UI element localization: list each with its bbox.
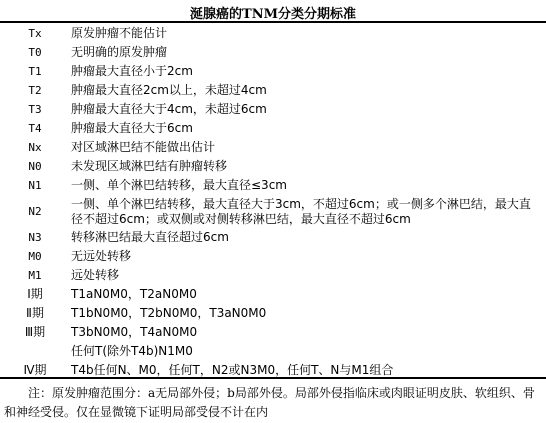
row-code: T0 xyxy=(0,43,70,62)
row-desc: 远处转移 xyxy=(71,266,540,285)
row-desc: 无远处转移 xyxy=(71,247,540,266)
table-title: 涎腺癌的TNM分类分期标准 xyxy=(0,3,546,22)
table-row: T3 肿瘤最大直径大于4cm，未超过6cm xyxy=(0,100,546,119)
row-desc: T3bN0M0，T4aN0M0 xyxy=(71,323,540,342)
table-row: Tx 原发肿瘤不能估计 xyxy=(0,24,546,43)
row-code: Nx xyxy=(0,138,70,157)
row-code: T2 xyxy=(0,81,70,100)
row-desc: 肿瘤最大直径大于6cm xyxy=(71,119,540,138)
table-row: Nx 对区域淋巴结不能做出估计 xyxy=(0,138,546,157)
table-row: N2 一侧、单个淋巴结转移，最大直径大于3cm，不超过6cm；或一侧多个淋巴结，… xyxy=(0,195,546,228)
table-row: M1 远处转移 xyxy=(0,266,546,285)
row-desc: 对区域淋巴结不能做出估计 xyxy=(71,138,540,157)
row-desc: 任何T(除外T4b)N1M0 xyxy=(71,342,540,361)
row-code: N0 xyxy=(0,157,70,176)
top-rule xyxy=(0,21,546,23)
row-code: M1 xyxy=(0,266,70,285)
row-code: T4 xyxy=(0,119,70,138)
table-row: T0 无明确的原发肿瘤 xyxy=(0,43,546,62)
row-code: Ⅱ期 xyxy=(0,304,70,323)
table-row: N3 转移淋巴结最大直径超过6cm xyxy=(0,228,546,247)
table-row: M0 无远处转移 xyxy=(0,247,546,266)
tnm-table: Tx 原发肿瘤不能估计 T0 无明确的原发肿瘤 T1 肿瘤最大直径小于2cm T… xyxy=(0,24,546,380)
row-desc: 未发现区域淋巴结有肿瘤转移 xyxy=(71,157,540,176)
table-row: T4 肿瘤最大直径大于6cm xyxy=(0,119,546,138)
table-row: N1 一侧、单个淋巴结转移，最大直径≤3cm xyxy=(0,176,546,195)
table-row: N0 未发现区域淋巴结有肿瘤转移 xyxy=(0,157,546,176)
table-row: Ⅲ期 T3bN0M0，T4aN0M0 xyxy=(0,323,546,342)
row-code: N1 xyxy=(0,176,70,195)
row-code: T1 xyxy=(0,62,70,81)
bottom-rule xyxy=(0,377,546,379)
row-code: N3 xyxy=(0,228,70,247)
row-code: Tx xyxy=(0,24,70,43)
row-desc: T1bN0M0，T2bN0M0，T3aN0M0 xyxy=(71,304,540,323)
row-code: T3 xyxy=(0,100,70,119)
table-row: T1 肿瘤最大直径小于2cm xyxy=(0,62,546,81)
row-desc: 原发肿瘤不能估计 xyxy=(71,24,540,43)
table-row: 任何T(除外T4b)N1M0 xyxy=(0,342,546,361)
row-desc: T1aN0M0，T2aN0M0 xyxy=(71,285,540,304)
row-desc: 肿瘤最大直径小于2cm xyxy=(71,62,540,81)
row-code: M0 xyxy=(0,247,70,266)
table-footnote: 注：原发肿瘤范围分：a无局部外侵；b局部外侵。局部外侵指临床或肉眼证明皮肤、软组… xyxy=(4,384,542,422)
row-code: Ⅰ期 xyxy=(0,285,70,304)
row-desc: 肿瘤最大直径大于4cm，未超过6cm xyxy=(71,100,540,119)
row-desc: 肿瘤最大直径2cm以上，未超过4cm xyxy=(71,81,540,100)
row-desc: 转移淋巴结最大直径超过6cm xyxy=(71,228,540,247)
row-code: Ⅲ期 xyxy=(0,323,70,342)
row-desc: 无明确的原发肿瘤 xyxy=(71,43,540,62)
table-row: T2 肿瘤最大直径2cm以上，未超过4cm xyxy=(0,81,546,100)
row-code: N2 xyxy=(0,195,70,228)
row-desc: 一侧、单个淋巴结转移，最大直径大于3cm，不超过6cm；或一侧多个淋巴结，最大直… xyxy=(71,197,540,227)
table-row: Ⅰ期 T1aN0M0，T2aN0M0 xyxy=(0,285,546,304)
row-desc: 一侧、单个淋巴结转移，最大直径≤3cm xyxy=(71,176,540,195)
table-row: Ⅱ期 T1bN0M0，T2bN0M0，T3aN0M0 xyxy=(0,304,546,323)
